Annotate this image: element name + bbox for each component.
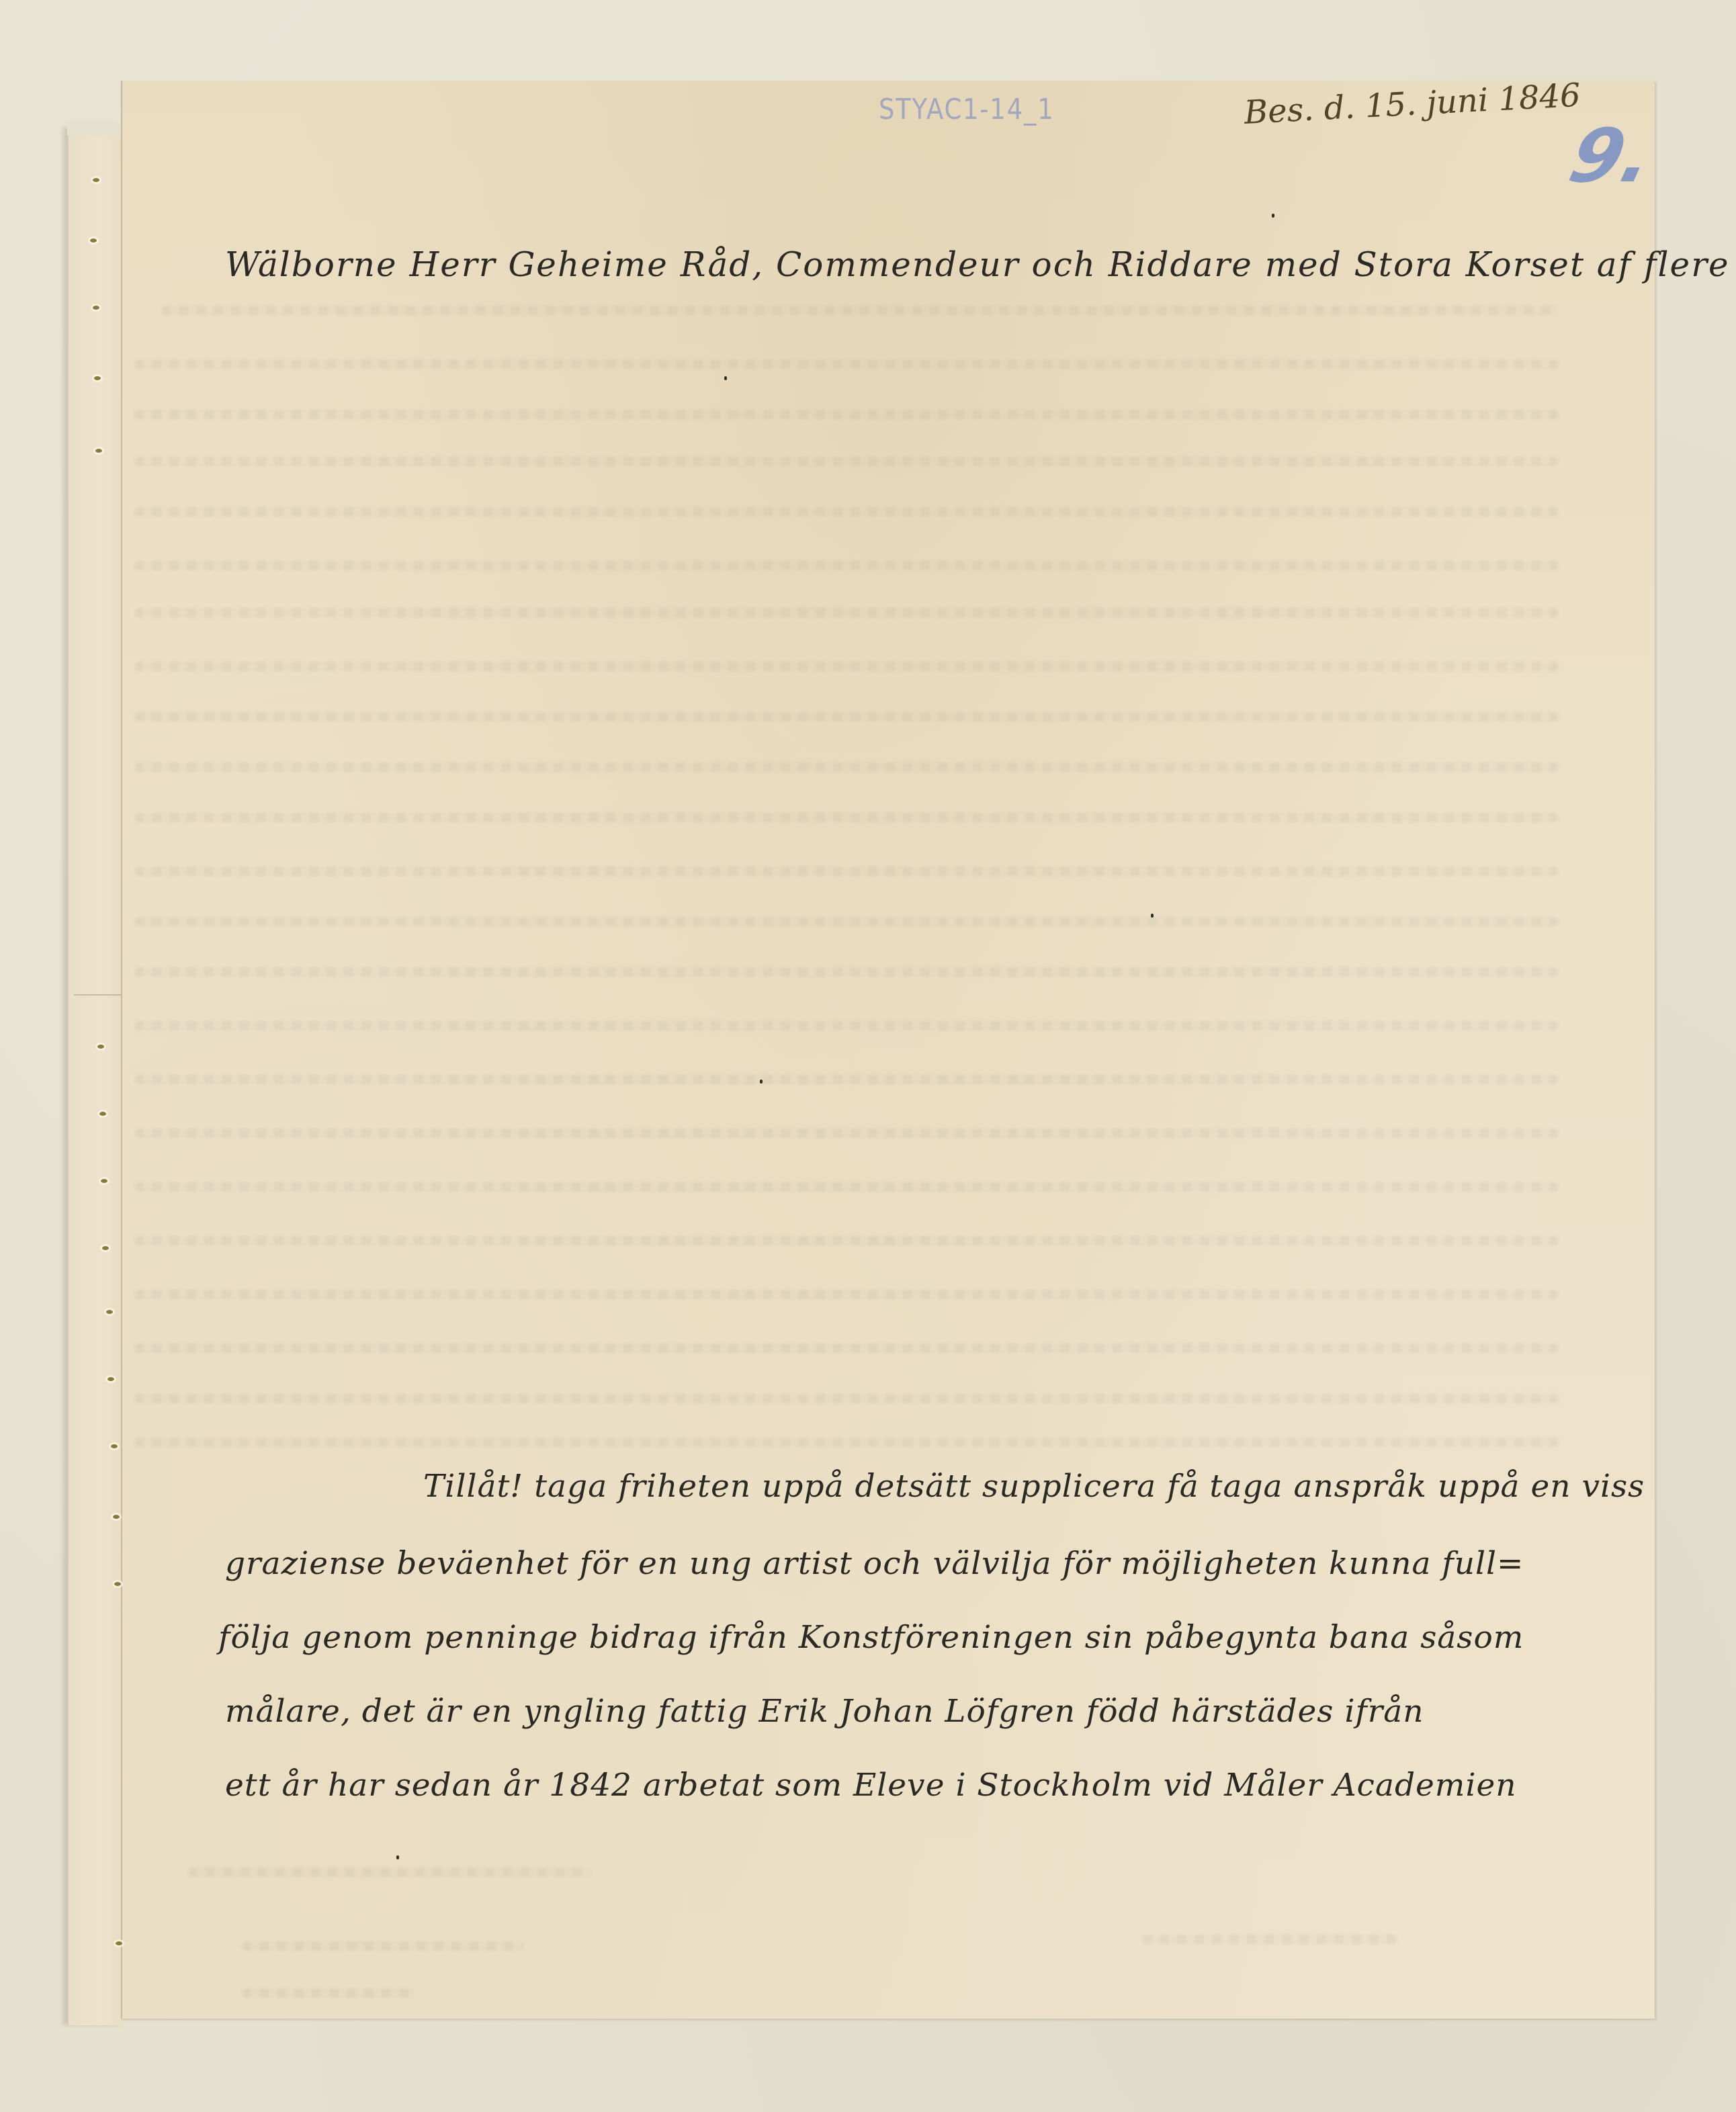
show-through-line bbox=[242, 1941, 524, 1951]
archive-reference-code: STYAC1-14_1 bbox=[879, 93, 1054, 126]
show-through-line bbox=[134, 712, 1559, 721]
show-through-line bbox=[134, 1394, 1559, 1403]
show-through-line bbox=[242, 1988, 417, 1998]
letter-line: graziense beväenhet för en ung artist oc… bbox=[225, 1545, 1524, 1582]
show-through-line bbox=[134, 1344, 1559, 1353]
stitch-hole-icon bbox=[107, 1377, 114, 1381]
show-through-line bbox=[134, 410, 1559, 419]
stitch-hole-icon bbox=[102, 1246, 109, 1250]
fold-line bbox=[121, 81, 122, 2019]
stitch-hole-icon bbox=[90, 238, 97, 243]
show-through-line bbox=[134, 813, 1559, 822]
stitch-hole-icon bbox=[113, 1515, 120, 1519]
show-through-line bbox=[134, 1438, 1559, 1447]
stitch-hole-icon bbox=[111, 1444, 118, 1448]
show-through-line bbox=[161, 306, 1559, 315]
show-through-line bbox=[134, 507, 1559, 517]
stitch-hole-icon bbox=[106, 1310, 113, 1314]
stitch-hole-icon bbox=[95, 449, 102, 453]
show-through-line bbox=[134, 1236, 1559, 1245]
show-through-line bbox=[134, 1129, 1559, 1138]
show-through-line bbox=[134, 1182, 1559, 1192]
letter-line: följa genom penninge bidrag ifrån Konstf… bbox=[218, 1619, 1524, 1656]
ink-speck bbox=[396, 1855, 399, 1859]
stitch-hole-icon bbox=[116, 1941, 122, 1945]
show-through-line bbox=[134, 359, 1559, 369]
ink-speck bbox=[760, 1080, 763, 1084]
show-through-line bbox=[1142, 1935, 1397, 1944]
show-through-line bbox=[134, 762, 1559, 772]
stitch-hole-icon bbox=[99, 1112, 106, 1116]
show-through-line bbox=[134, 967, 1559, 977]
show-through-line bbox=[134, 662, 1559, 671]
letter-line: ett år har sedan år 1842 arbetat som Ele… bbox=[225, 1767, 1517, 1804]
show-through-line bbox=[134, 1075, 1559, 1084]
binding-stub bbox=[67, 128, 122, 2025]
letter-line: målare, det är en yngling fattig Erik Jo… bbox=[225, 1693, 1424, 1730]
letter-line: Tillåt! taga friheten uppå detsätt suppl… bbox=[423, 1468, 1645, 1505]
show-through-line bbox=[188, 1867, 591, 1877]
show-through-line bbox=[134, 608, 1559, 617]
show-through-line bbox=[134, 457, 1559, 466]
stitch-hole-icon bbox=[114, 1582, 121, 1586]
stitch-hole-icon bbox=[94, 376, 101, 380]
show-through-line bbox=[134, 867, 1559, 876]
stitch-hole-icon bbox=[97, 1045, 104, 1049]
show-through-line bbox=[134, 917, 1559, 926]
show-through-line bbox=[134, 1021, 1559, 1030]
stitch-hole-icon bbox=[93, 178, 99, 182]
stub-crease bbox=[74, 994, 124, 996]
ink-speck bbox=[1151, 914, 1154, 918]
ink-speck bbox=[724, 376, 727, 380]
torn-corner bbox=[67, 121, 121, 136]
ink-speck bbox=[1272, 214, 1274, 218]
letter-salutation: Wälborne Herr Geheime Råd, Commendeur oc… bbox=[225, 245, 1736, 284]
stitch-hole-icon bbox=[93, 306, 99, 310]
show-through-line bbox=[134, 1290, 1559, 1299]
show-through-line bbox=[134, 561, 1559, 570]
stitch-hole-icon bbox=[101, 1179, 107, 1183]
